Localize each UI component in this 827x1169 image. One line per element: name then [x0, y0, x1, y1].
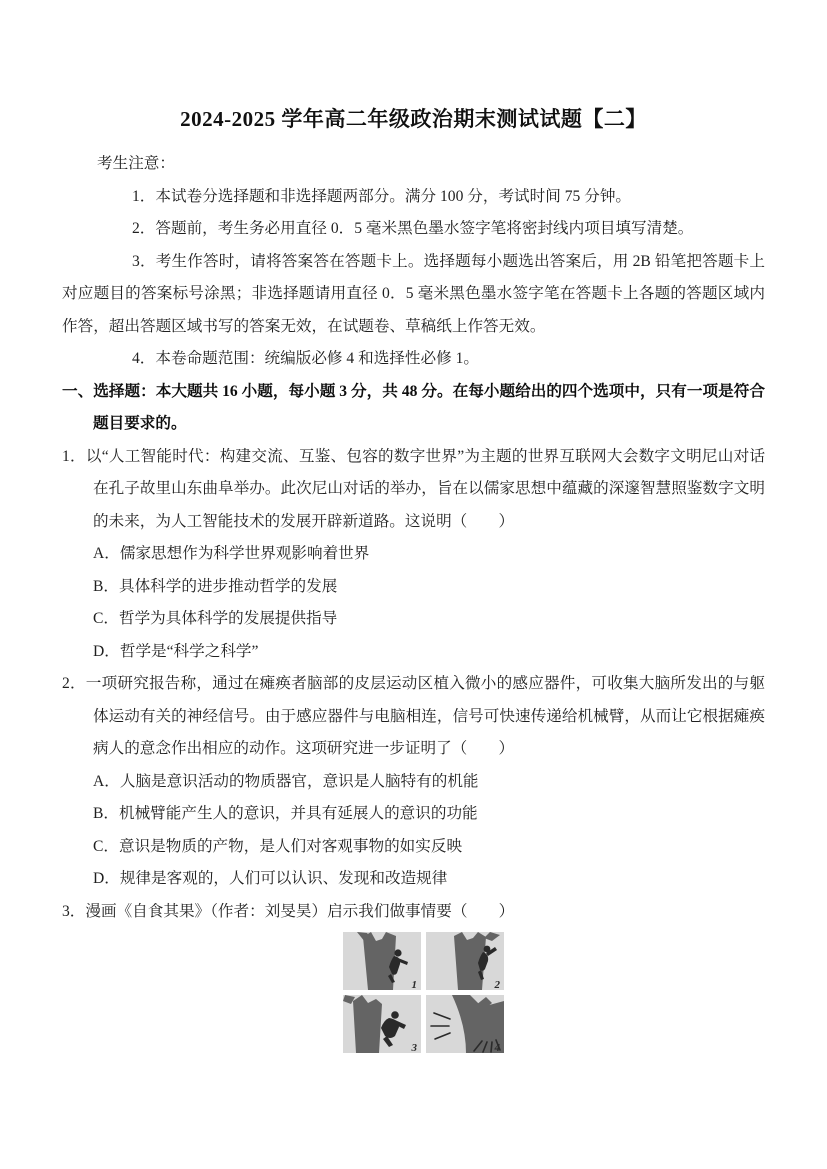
question-2-option-c: C．意识是物质的产物，是人们对客观事物的如实反映: [93, 831, 765, 864]
question-2-option-d: D．规律是客观的，人们可以认识、发现和改造规律: [93, 863, 765, 896]
comic-panel-3: 3: [343, 995, 421, 1053]
comic-panel-1: 1: [343, 932, 421, 990]
question-1-option-c: C．哲学为具体科学的发展提供指导: [93, 603, 765, 636]
question-2-stem: 2．一项研究报告称，通过在瘫痪者脑部的皮层运动区植入微小的感应器件，可收集大脑所…: [62, 668, 765, 766]
question-3: 3．漫画《自食其果》（作者：刘旻昊）启示我们做事情要（ ） 1: [62, 896, 765, 1054]
section-heading: 一、选择题：本大题共 16 小题，每小题 3 分，共 48 分。在每小题给出的四…: [62, 376, 765, 441]
notice-item-1: 1．本试卷分选择题和非选择题两部分。满分 100 分，考试时间 75 分钟。: [62, 181, 765, 214]
comic-panel-3-image: [343, 995, 421, 1053]
notice-item-3: 3．考生作答时，请将答案答在答题卡上。选择题每小题选出答案后，用 2B 铅笔把答…: [62, 246, 765, 344]
comic-panel-1-number: 1: [412, 979, 418, 991]
question-1-option-d: D．哲学是“科学之科学”: [93, 636, 765, 669]
comic-panel-4-image: [426, 995, 504, 1053]
question-1: 1．以“人工智能时代：构建交流、互鉴、包容的数字世界”为主题的世界互联网大会数字…: [62, 441, 765, 669]
comic-panel-4-number: 4: [495, 1042, 501, 1054]
exam-document: 2024-2025 学年高二年级政治期末测试试题【二】 考生注意： 1．本试卷分…: [0, 0, 827, 1169]
comic-panel-2-number: 2: [495, 979, 501, 991]
question-2-option-a: A．人脑是意识活动的物质器官，意识是人脑特有的机能: [93, 766, 765, 799]
question-2: 2．一项研究报告称，通过在瘫痪者脑部的皮层运动区植入微小的感应器件，可收集大脑所…: [62, 668, 765, 896]
comic-panel-1-image: [343, 932, 421, 990]
question-1-option-b: B．具体科学的进步推动哲学的发展: [93, 571, 765, 604]
question-2-option-b: B．机械臂能产生人的意识，并具有延展人的意识的功能: [93, 798, 765, 831]
comic-strip: 1 2: [343, 932, 504, 1053]
question-1-stem: 1．以“人工智能时代：构建交流、互鉴、包容的数字世界”为主题的世界互联网大会数字…: [62, 441, 765, 539]
comic-panel-4: 4: [426, 995, 504, 1053]
question-3-stem: 3．漫画《自食其果》（作者：刘旻昊）启示我们做事情要（ ）: [62, 896, 765, 929]
comic-panel-3-number: 3: [412, 1042, 418, 1054]
page-title: 2024-2025 学年高二年级政治期末测试试题【二】: [62, 104, 765, 134]
notice-label: 考生注意：: [97, 148, 765, 181]
comic-panel-2-image: [426, 932, 504, 990]
question-1-option-a: A．儒家思想作为科学世界观影响着世界: [93, 538, 765, 571]
notice-item-4: 4．本卷命题范围：统编版必修 4 和选择性必修 1。: [62, 343, 765, 376]
notice-item-2: 2．答题前，考生务必用直径 0．5 毫米黑色墨水签字笔将密封线内项目填写清楚。: [62, 213, 765, 246]
comic-panel-2: 2: [426, 932, 504, 990]
